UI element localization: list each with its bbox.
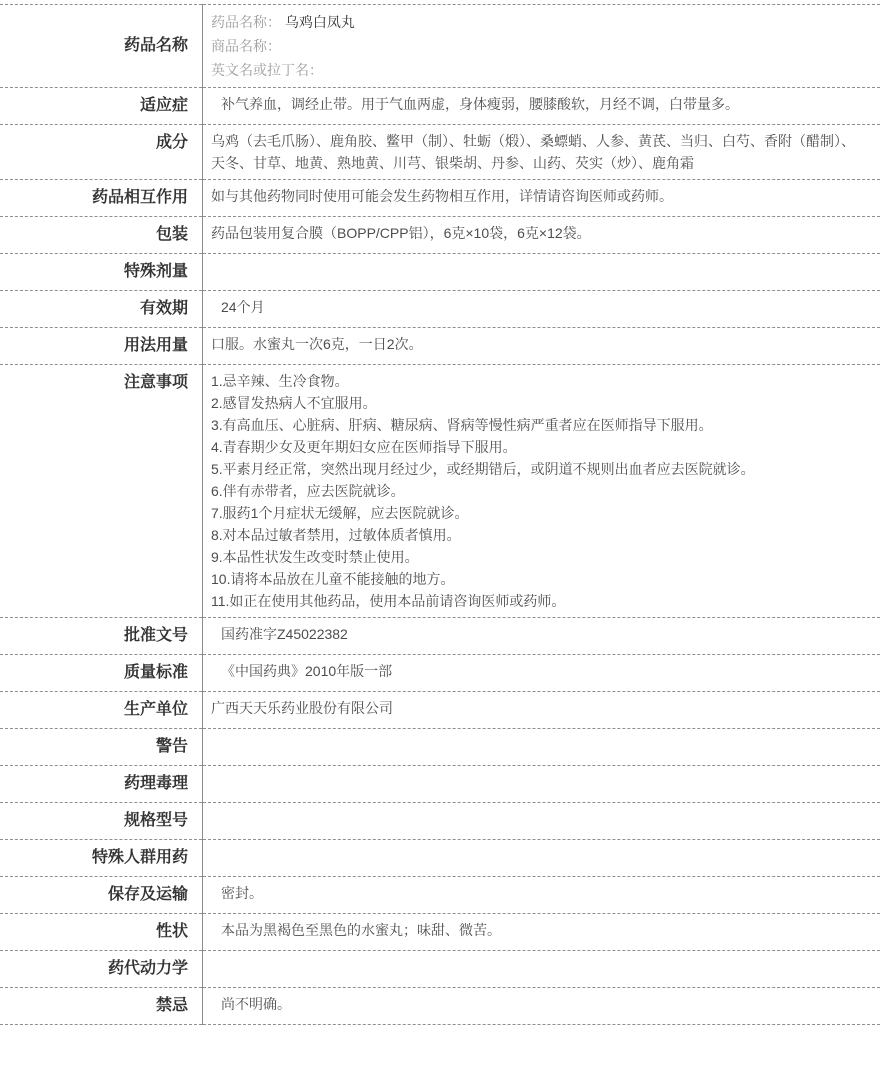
table-row-approval-number: 批准文号 国药准字Z45022382 (0, 618, 880, 655)
row-content (203, 840, 880, 877)
row-content (203, 951, 880, 988)
drug-info-table: 药品名称 药品名称： 乌鸡白凤丸 商品名称： 英文名或拉丁名： (0, 4, 880, 1025)
latin-name-line: 英文名或拉丁名： (211, 58, 868, 82)
row-label: 批准文号 (0, 618, 203, 655)
row-label: 禁忌 (0, 988, 203, 1025)
row-label: 药品名称 (0, 5, 203, 88)
row-content: 《中国药典》2010年版一部 (203, 655, 880, 692)
row-label: 特殊剂量 (0, 254, 203, 291)
row-label: 质量标准 (0, 655, 203, 692)
field-label: 药品名称： (211, 14, 281, 30)
precaution-item: 4.青春期少女及更年期妇女应在医师指导下服用。 (211, 436, 868, 458)
table-row-packaging: 包装 药品包装用复合膜（BOPP/CPP铝），6克×10袋，6克×12袋。 (0, 217, 880, 254)
row-label: 注意事项 (0, 365, 203, 618)
trade-name-line: 商品名称： (211, 34, 868, 58)
row-label: 药品相互作用 (0, 180, 203, 217)
row-content: 广西天天乐药业股份有限公司 (203, 692, 880, 729)
row-label: 特殊人群用药 (0, 840, 203, 877)
table-row-ingredients: 成分 乌鸡（去毛爪肠）、鹿角胶、鳖甲（制）、牡蛎（煅）、桑螵蛸、人参、黄芪、当归… (0, 125, 880, 180)
table-row-manufacturer: 生产单位 广西天天乐药业股份有限公司 (0, 692, 880, 729)
row-label: 药理毒理 (0, 766, 203, 803)
drug-name-value: 乌鸡白凤丸 (285, 14, 355, 30)
precaution-item: 1.忌辛辣、生冷食物。 (211, 370, 868, 392)
precaution-item: 8.对本品过敏者禁用，过敏体质者慎用。 (211, 524, 868, 546)
table-row-special-dosage: 特殊剂量 (0, 254, 880, 291)
table-row-precautions: 注意事项 1.忌辛辣、生冷食物。 2.感冒发热病人不宜服用。 3.有高血压、心脏… (0, 365, 880, 618)
table-row-contraindications: 禁忌 尚不明确。 (0, 988, 880, 1025)
drug-name-line: 药品名称： 乌鸡白凤丸 (211, 10, 868, 34)
row-label: 性状 (0, 914, 203, 951)
table-row-quality-standard: 质量标准 《中国药典》2010年版一部 (0, 655, 880, 692)
row-label: 适应症 (0, 88, 203, 125)
row-content: 乌鸡（去毛爪肠）、鹿角胶、鳖甲（制）、牡蛎（煅）、桑螵蛸、人参、黄芪、当归、白芍… (203, 125, 880, 180)
table-row-pharmacokinetics: 药代动力学 (0, 951, 880, 988)
row-content: 密封。 (203, 877, 880, 914)
row-label: 规格型号 (0, 803, 203, 840)
row-content (203, 729, 880, 766)
precaution-item: 2.感冒发热病人不宜服用。 (211, 392, 868, 414)
precaution-item: 10.请将本品放在儿童不能接触的地方。 (211, 568, 868, 590)
row-content (203, 254, 880, 291)
row-content (203, 766, 880, 803)
table-row-warning: 警告 (0, 729, 880, 766)
row-content: 本品为黑褐色至黑色的水蜜丸；味甜、微苦。 (203, 914, 880, 951)
precaution-item: 5.平素月经正常，突然出现月经过少，或经期错后，或阴道不规则出血者应去医院就诊。 (211, 458, 868, 480)
row-label: 用法用量 (0, 328, 203, 365)
table-row-storage-transport: 保存及运输 密封。 (0, 877, 880, 914)
precaution-item: 6.伴有赤带者，应去医院就诊。 (211, 480, 868, 502)
precaution-item: 11.如正在使用其他药品，使用本品前请咨询医师或药师。 (211, 590, 868, 612)
row-content: 口服。水蜜丸一次6克，一日2次。 (203, 328, 880, 365)
table-row-special-population: 特殊人群用药 (0, 840, 880, 877)
table-row-dosage: 用法用量 口服。水蜜丸一次6克，一日2次。 (0, 328, 880, 365)
row-label: 有效期 (0, 291, 203, 328)
row-content: 国药准字Z45022382 (203, 618, 880, 655)
precaution-item: 7.服药1个月症状无缓解，应去医院就诊。 (211, 502, 868, 524)
table-row-indications: 适应症 补气养血，调经止带。用于气血两虚，身体瘦弱，腰膝酸软，月经不调，白带量多… (0, 88, 880, 125)
row-content: 药品名称： 乌鸡白凤丸 商品名称： 英文名或拉丁名： (203, 5, 880, 88)
row-label: 保存及运输 (0, 877, 203, 914)
row-label: 生产单位 (0, 692, 203, 729)
field-label: 商品名称： (211, 38, 281, 54)
row-content: 1.忌辛辣、生冷食物。 2.感冒发热病人不宜服用。 3.有高血压、心脏病、肝病、… (203, 365, 880, 618)
table-row-drug-name: 药品名称 药品名称： 乌鸡白凤丸 商品名称： 英文名或拉丁名： (0, 5, 880, 88)
row-label: 成分 (0, 125, 203, 180)
row-content: 尚不明确。 (203, 988, 880, 1025)
table-row-properties: 性状 本品为黑褐色至黑色的水蜜丸；味甜、微苦。 (0, 914, 880, 951)
precaution-item: 3.有高血压、心脏病、肝病、糖尿病、肾病等慢性病严重者应在医师指导下服用。 (211, 414, 868, 436)
row-label: 药代动力学 (0, 951, 203, 988)
table-row-shelf-life: 有效期 24个月 (0, 291, 880, 328)
table-row-pharmacology-toxicology: 药理毒理 (0, 766, 880, 803)
table-row-interactions: 药品相互作用 如与其他药物同时使用可能会发生药物相互作用，详情请咨询医师或药师。 (0, 180, 880, 217)
precaution-item: 9.本品性状发生改变时禁止使用。 (211, 546, 868, 568)
row-label: 警告 (0, 729, 203, 766)
field-label: 英文名或拉丁名： (211, 62, 323, 78)
row-content: 如与其他药物同时使用可能会发生药物相互作用，详情请咨询医师或药师。 (203, 180, 880, 217)
row-content: 补气养血，调经止带。用于气血两虚，身体瘦弱，腰膝酸软，月经不调，白带量多。 (203, 88, 880, 125)
row-content: 24个月 (203, 291, 880, 328)
row-content (203, 803, 880, 840)
table-row-specification: 规格型号 (0, 803, 880, 840)
row-content: 药品包装用复合膜（BOPP/CPP铝），6克×10袋，6克×12袋。 (203, 217, 880, 254)
drug-info-page: 药品名称 药品名称： 乌鸡白凤丸 商品名称： 英文名或拉丁名： (0, 0, 880, 1080)
row-label: 包装 (0, 217, 203, 254)
